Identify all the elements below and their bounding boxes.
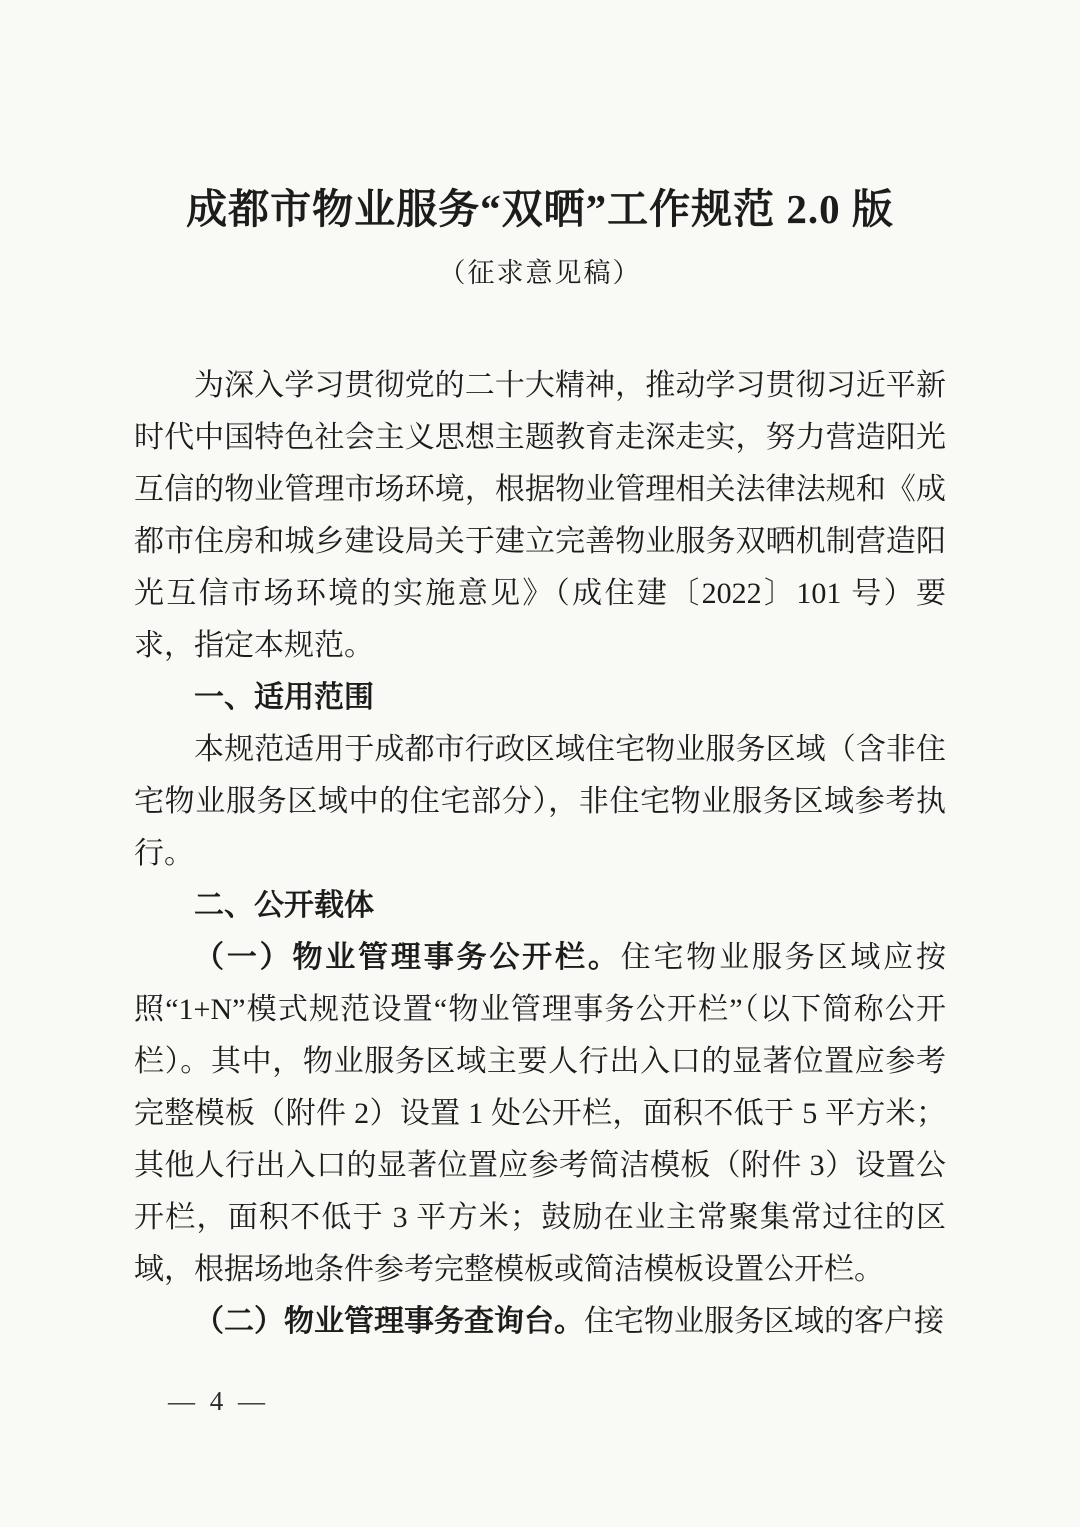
text-run: 住宅物业服务区域应按照“1+N”模式规范设置“物业管理事务公开栏”（以下简称公开…: [134, 941, 946, 1286]
body-paragraph: （二）物业管理事务查询台。住宅物业服务区域的客户接: [134, 1296, 946, 1348]
text-run: 为深入学习贯彻党的二十大精神，推动学习贯彻习近平新时代中国特色社会主义思想主题教…: [134, 369, 946, 662]
text-run: 本规范适用于成都市行政区域住宅物业服务区域（含非住宅物业服务区域中的住宅部分），…: [134, 733, 946, 870]
document-title: 成都市物业服务“双晒”工作规范 2.0 版: [0, 0, 1080, 235]
section-heading: 二、公开载体: [134, 880, 946, 932]
document-body: 为深入学习贯彻党的二十大精神，推动学习贯彻习近平新时代中国特色社会主义思想主题教…: [134, 360, 946, 1348]
document-page: 成都市物业服务“双晒”工作规范 2.0 版 （征求意见稿） 为深入学习贯彻党的二…: [0, 0, 1080, 1527]
document-subtitle: （征求意见稿）: [0, 251, 1080, 290]
bold-run: 一、适用范围: [194, 681, 374, 714]
page-number: — 4 —: [168, 1386, 269, 1417]
body-paragraph: 本规范适用于成都市行政区域住宅物业服务区域（含非住宅物业服务区域中的住宅部分），…: [134, 724, 946, 880]
text-run: 住宅物业服务区域的客户接: [584, 1305, 944, 1338]
bold-run: 二、公开载体: [194, 889, 374, 922]
body-paragraph: 为深入学习贯彻党的二十大精神，推动学习贯彻习近平新时代中国特色社会主义思想主题教…: [134, 360, 946, 672]
bold-run: （二）物业管理事务查询台。: [194, 1305, 584, 1338]
body-paragraph: （一）物业管理事务公开栏。住宅物业服务区域应按照“1+N”模式规范设置“物业管理…: [134, 932, 946, 1296]
bold-run: （一）物业管理事务公开栏。: [194, 941, 621, 974]
section-heading: 一、适用范围: [134, 672, 946, 724]
